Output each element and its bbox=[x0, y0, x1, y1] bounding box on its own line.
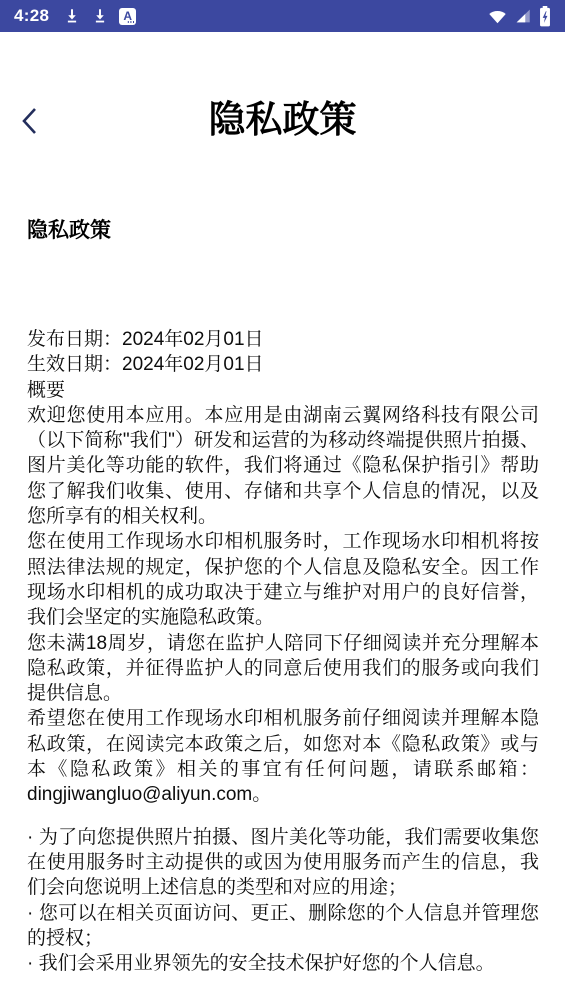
status-bar: 4:28 A bbox=[0, 0, 565, 32]
policy-paragraph: 概要 bbox=[27, 378, 539, 403]
policy-paragraph: 您未满18周岁，请您在监护人陪同下仔细阅读并充分理解本隐私政策，并征得监护人的同… bbox=[27, 631, 539, 707]
battery-charging-icon bbox=[539, 6, 551, 27]
policy-bullet: · 我们会采用业界领先的安全技术保护好您的个人信息。 bbox=[27, 951, 539, 976]
back-button[interactable] bbox=[14, 106, 44, 136]
wifi-icon bbox=[488, 7, 507, 26]
download-icon bbox=[91, 7, 109, 25]
policy-paragraph: 欢迎您使用本应用。本应用是由湖南云翼网络科技有限公司（以下简称"我们"）研发和运… bbox=[27, 403, 539, 529]
page-title: 隐私政策 bbox=[0, 94, 565, 146]
policy-bullet: · 为了向您提供照片拍摄、图片美化等功能，我们需要收集您在使用服务时主动提供的或… bbox=[27, 825, 539, 901]
privacy-policy-screen: 4:28 A bbox=[0, 0, 565, 1004]
cell-signal-icon bbox=[514, 7, 532, 25]
letter-a-glyph: A bbox=[119, 8, 136, 25]
chevron-left-icon bbox=[21, 107, 37, 135]
policy-body-text: 发布日期：2024年02月01日 生效日期：2024年02月01日 概要 欢迎您… bbox=[27, 327, 539, 976]
download-icon bbox=[63, 7, 81, 25]
app-header: 隐私政策 bbox=[0, 94, 565, 146]
policy-paragraph: 生效日期：2024年02月01日 bbox=[27, 352, 539, 377]
policy-paragraph: 发布日期：2024年02月01日 bbox=[27, 327, 539, 352]
policy-paragraph: 希望您在使用工作现场水印相机服务前仔细阅读并理解本隐私政策，在阅读完本政策之后，… bbox=[27, 706, 539, 807]
section-title: 隐私政策 bbox=[27, 214, 111, 244]
policy-bullet-list: · 为了向您提供照片拍摄、图片美化等功能，我们需要收集您在使用服务时主动提供的或… bbox=[27, 825, 539, 977]
policy-paragraph: 您在使用工作现场水印相机服务时，工作现场水印相机将按照法律法规的规定，保护您的个… bbox=[27, 529, 539, 630]
policy-bullet: · 您可以在相关页面访问、更正、删除您的个人信息并管理您的授权； bbox=[27, 901, 539, 952]
letter-a-notification-icon: A bbox=[119, 8, 136, 25]
status-time: 4:28 bbox=[14, 6, 49, 26]
